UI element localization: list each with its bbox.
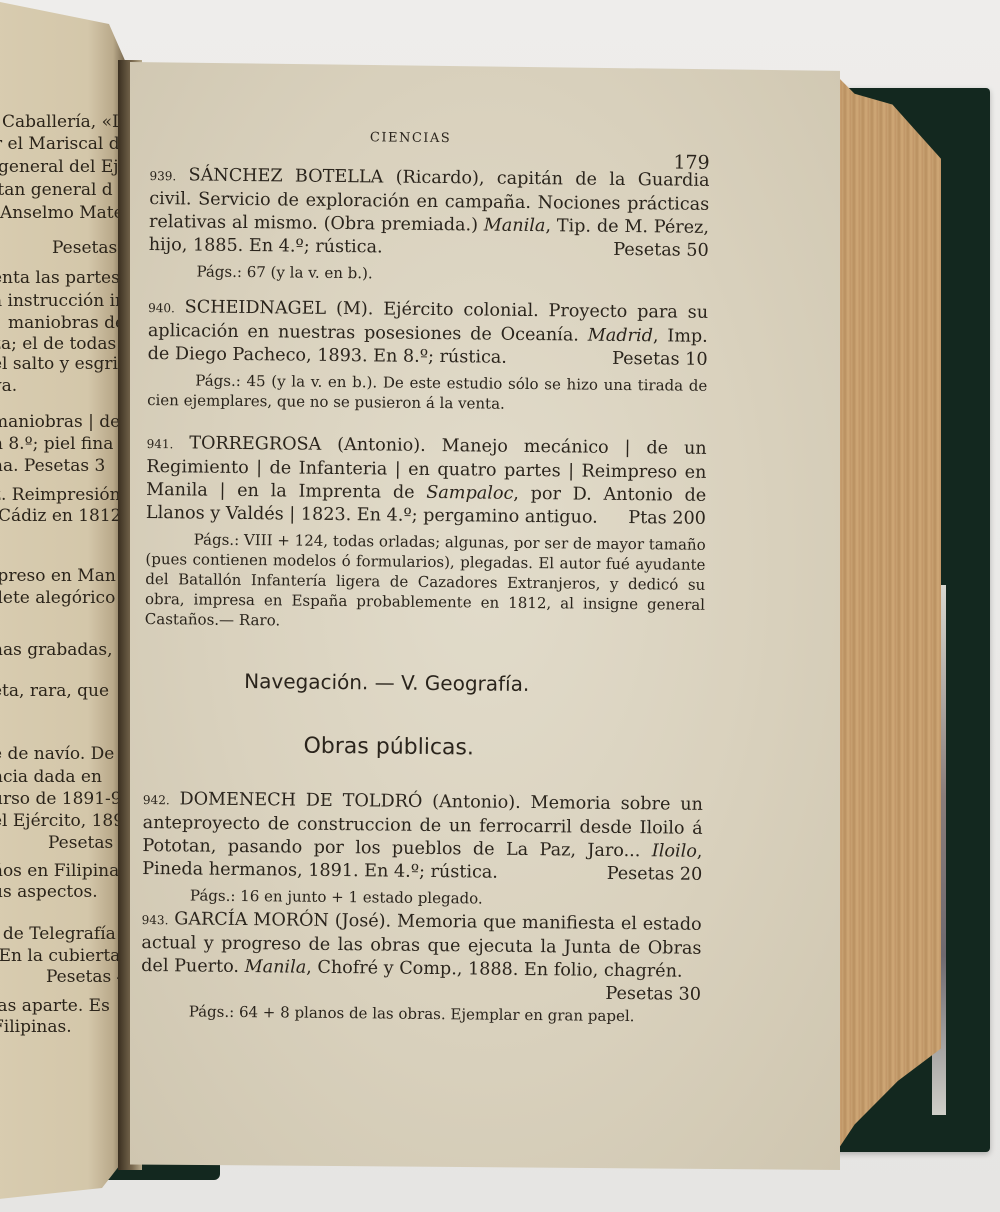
left-page-line: za; el de todas [0, 334, 116, 355]
left-page-line: eta, rara, que [0, 681, 109, 702]
entry-author: TORREGROSA (Antonio). [189, 433, 426, 455]
entry-author: SÁNCHEZ BOTELLA (Ricardo), [188, 165, 484, 188]
left-page-line: general del Ej [0, 157, 119, 178]
entry-number: 939. [149, 169, 176, 183]
left-page-line: dete alegórico [0, 588, 115, 609]
entry-number: 941. [147, 437, 174, 451]
entry-author: SCHEIDNAGEL (M). [185, 297, 374, 319]
running-head: CIENCIAS [370, 130, 451, 146]
entry-place: Manila [245, 957, 307, 978]
section-heading-navegacion: Navegación. — V. Geografía. [244, 669, 529, 696]
left-page-line: r el Mariscal d [0, 134, 120, 155]
entry-price: Ptas 200 [628, 507, 706, 531]
entry-price: Pesetas 20 [607, 863, 703, 887]
left-page-line: us aspectos. [0, 882, 98, 903]
entry-author: GARCÍA MORÓN (José). [174, 909, 391, 931]
entry-number: 943. [142, 913, 169, 927]
entry-place: Madrid [588, 326, 653, 347]
left-page-line: el Ejército, 189 [0, 811, 124, 832]
left-page-line: enta las partes [0, 268, 120, 289]
entry-940: 940. SCHEIDNAGEL (M). Ejército colonial.… [147, 296, 708, 416]
entry-943: 943. GARCÍA MORÓN (José). Memoria que ma… [141, 908, 702, 1027]
entry-price: Pesetas 10 [612, 348, 708, 372]
entry-price: Pesetas 30 [605, 983, 701, 1007]
left-page-line: z. Reimpresión [0, 485, 121, 506]
left-page-line: ncia dada en [0, 767, 102, 788]
left-page-line: maniobras | de [0, 412, 120, 433]
entry-imprint: , Chofré y Comp., 1888. En folio, chagré… [306, 958, 683, 982]
entry-place: Iloilo [652, 841, 697, 861]
left-page-line: las aparte. Es [0, 996, 110, 1017]
entry-number: 942. [143, 793, 170, 807]
entry-939: 939. SÁNCHEZ BOTELLA (Ricardo), capitán … [148, 164, 709, 287]
left-page-line: Caballería, «La [2, 112, 130, 133]
entry-942: 942. DOMENECH DE TOLDRÓ (Antonio). Memor… [142, 788, 703, 911]
left-page-line: va. [0, 376, 17, 397]
entry-place: Manila [484, 216, 546, 237]
entry-author: DOMENECH DE TOLDRÓ (Antonio). [179, 789, 520, 813]
entry-place: Sampaloc [426, 483, 513, 504]
entry-note: Págs.: 45 (y la v. en b.). De este estud… [147, 370, 707, 416]
left-page-line: Pesetas 4 [46, 967, 127, 988]
left-page-line: l de Telegrafía [0, 924, 116, 945]
entry-note: Págs.: VIII + 124, todas orladas; alguna… [145, 529, 706, 635]
left-page-line: ños en Filipinas [0, 861, 128, 882]
left-page-line: maniobras de [8, 313, 125, 334]
left-page-line: n 8.º; piel fina [0, 434, 113, 455]
left-page-line: el salto y esgrim [0, 354, 130, 375]
left-page: Caballería, «Lar el Mariscal dgeneral de… [0, 0, 130, 1200]
section-heading-obras-publicas: Obras públicas. [303, 734, 474, 761]
entry-number: 940. [148, 301, 175, 315]
entry-price: Pesetas 50 [613, 239, 709, 263]
left-page-line: Filipinas. [0, 1017, 72, 1038]
page-fore-edge [833, 72, 941, 1157]
left-page-line: urso de 1891-9 [0, 789, 122, 810]
left-page-line: Anselmo Mate [0, 203, 124, 224]
left-page-line: ipreso en Man [0, 566, 116, 587]
left-page-line: (En la cubierta [0, 946, 120, 967]
left-page-line: nas grabadas, [0, 640, 113, 661]
left-page-line: Cádiz en 1812. [0, 506, 127, 527]
left-page-line: a instrucción in [0, 291, 126, 312]
left-page-line: na. Pesetas 3 [0, 456, 105, 477]
left-page-line: itan general d [0, 180, 113, 201]
entry-941: 941. TORREGROSA (Antonio). Manejo mecáni… [145, 432, 707, 635]
left-page-line: e de navío. De [0, 744, 114, 765]
